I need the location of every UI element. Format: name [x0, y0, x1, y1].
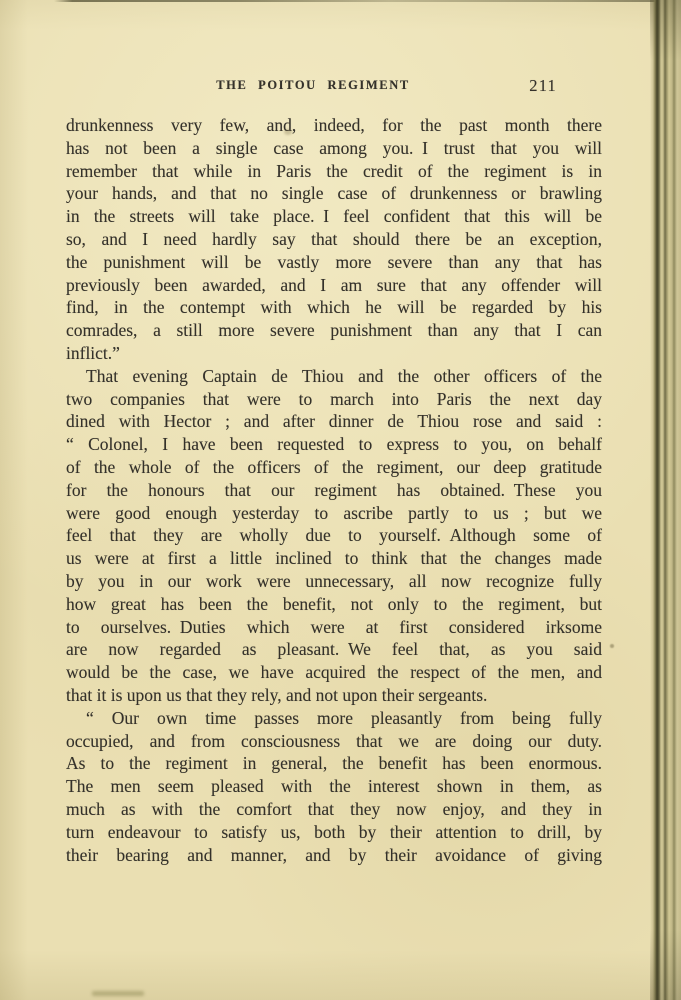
text-line: has not been a single case among you. I … [66, 137, 602, 160]
text-line: “ Our own time passes more pleasantly fr… [66, 707, 602, 730]
text-line: remember that while in Paris the credit … [66, 160, 602, 183]
text-line: much as with the comfort that they now e… [66, 798, 602, 821]
text-line: two companies that were to march into Pa… [66, 388, 602, 411]
paper-smudge [92, 991, 144, 996]
text-line: find, in the contempt with which he will… [66, 296, 602, 319]
paragraph: drunkenness very few, and, indeed, for t… [66, 114, 602, 365]
text-line: the punishment will be vastly more sever… [66, 251, 602, 274]
text-line: inflict.” [66, 342, 602, 365]
text-line: dined with Hector ; and after dinner de … [66, 410, 602, 433]
paragraph: That evening Captain de Thiou and the ot… [66, 365, 602, 707]
text-line: occupied, and from consciousness that we… [66, 730, 602, 753]
text-line: to ourselves. Duties which were at first… [66, 616, 602, 639]
running-header-title: THE POITOU REGIMENT [216, 78, 410, 93]
text-line: That evening Captain de Thiou and the ot… [66, 365, 602, 388]
text-line: in the streets will take place. I feel c… [66, 205, 602, 228]
text-line: As to the regiment in general, the benef… [66, 752, 602, 775]
text-line: that it is upon us that they rely, and n… [66, 684, 602, 707]
book-page-scan: THE POITOU REGIMENT 211 drunkenness very… [0, 0, 681, 1000]
page-number: 211 [529, 76, 557, 96]
text-line: “ Colonel, I have been requested to expr… [66, 433, 602, 456]
text-block: drunkenness very few, and, indeed, for t… [66, 114, 602, 866]
text-line: comrades, a still more severe punishment… [66, 319, 602, 342]
text-line: of the whole of the officers of the regi… [66, 456, 602, 479]
text-line: by you in our work were unnecessary, all… [66, 570, 602, 593]
running-header: THE POITOU REGIMENT 211 [0, 78, 681, 98]
book-page-edges [650, 0, 681, 1000]
text-line: your hands, and that no single case of d… [66, 182, 602, 205]
text-line: so, and I need hardly say that should th… [66, 228, 602, 251]
text-line: previously been awarded, and I am sure t… [66, 274, 602, 297]
text-line: their bearing and manner, and by their a… [66, 844, 602, 867]
page-top-edge-shadow [54, 0, 663, 2]
text-line: for the honours that our regiment has ob… [66, 479, 602, 502]
text-line: us were at first a little inclined to th… [66, 547, 602, 570]
text-line: are now regarded as pleasant. We feel th… [66, 638, 602, 661]
text-line: drunkenness very few, and, indeed, for t… [66, 114, 602, 137]
paragraph: “ Our own time passes more pleasantly fr… [66, 707, 602, 867]
text-line: were good enough yesterday to ascribe pa… [66, 502, 602, 525]
text-line: The men seem pleased with the interest s… [66, 775, 602, 798]
paper-speck [610, 644, 614, 648]
text-line: feel that they are wholly due to yoursel… [66, 524, 602, 547]
text-line: turn endeavour to satisfy us, both by th… [66, 821, 602, 844]
text-line: how great has been the benefit, not only… [66, 593, 602, 616]
paper-speck [284, 129, 292, 135]
text-line: would be the case, we have acquired the … [66, 661, 602, 684]
